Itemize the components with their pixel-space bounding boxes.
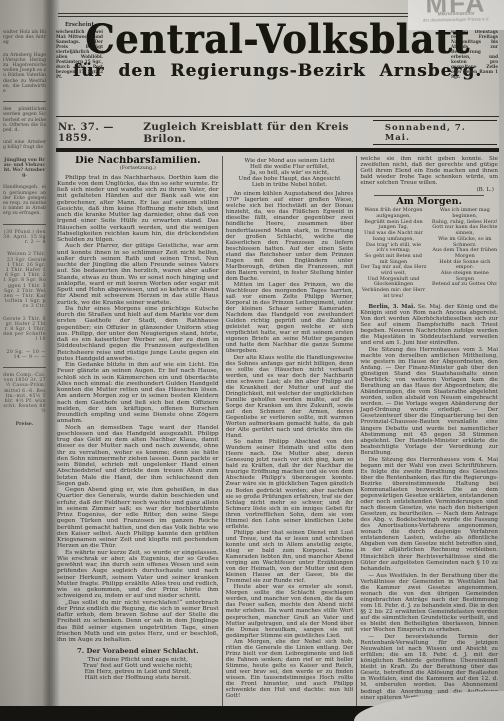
poem-line: Und was die Nacht mir bang umfangen,: [360, 231, 426, 242]
story-paragraph: Ein Gedanke blitzte in ihm auf wie ein L…: [57, 362, 219, 425]
poem-left-column: Wenn früh der Morgen aufgegangen, Begrüß…: [360, 208, 426, 299]
story-paragraph: „Das sollst du mir nicht verschlafen!“ u…: [57, 600, 219, 644]
story-paragraph: An einem kühlen Augustabend des Jahres 1…: [226, 191, 354, 282]
margin-fragment: und eine Arnsberg billig? fragt die: [3, 140, 46, 150]
adjacent-page-strip: walter Holz als Bürger den des Antrag zu…: [0, 0, 48, 721]
margin-price-table: dem Comp.-Cal. von 1850 3r. 27½ Cassa-Pr…: [3, 367, 46, 415]
story-paragraph: Philipp trat in das Nachbarhaus. Dorthin…: [57, 175, 219, 244]
poem-line: Betend auf zu Gottes Ohr.: [432, 282, 498, 288]
publication-date: Sonnabend, 7. Mai.: [373, 120, 497, 145]
column-3: welche sie ihm nicht geben konnte. Sie z…: [360, 156, 498, 716]
margin-price-table: 20 Sg. — 10 — 14 — 9 — —: [3, 350, 46, 360]
newspaper-page: MFA Mikrofilmarchiv der deutschsprachige…: [50, 0, 504, 721]
story-paragraph: Philipp aber that seinen Dienst mit Lust…: [226, 530, 354, 584]
news-text: — Aus Westfalen. In der Berathung über d…: [360, 573, 498, 633]
newspaper-subtitle: für den Regierungs-Bezirk Arnsberg.: [56, 62, 499, 81]
story-paragraph: Auch der Pfarrer, der gütige Geistliche,…: [57, 243, 219, 306]
story-paragraph: So nahm Philipp Abschied von den Wundern…: [226, 439, 354, 530]
news-item: — Aus Westfalen. In der Berathung über d…: [360, 573, 498, 633]
poem-right-column: Was ich immer mag beginnen, Ruhig, ruhig…: [432, 208, 498, 299]
chapter-verse: Thu' deine Pflicht und zage nicht, Trau'…: [57, 657, 219, 682]
story-paragraph: Es währte nur kurze Zeit, so wurde er ei…: [57, 550, 219, 600]
dateline: Nr. 37. — 1859. Zugleich Kreisblatt für …: [56, 116, 499, 147]
story-paragraph: Am Morgen, ehe der Nebel sich hob, ritte…: [226, 639, 354, 699]
column2-verse: Wie der Mond aus seinem Licht Hell die w…: [226, 158, 354, 188]
story-paragraph: Heute aber war es ernster als sonst. Mor…: [226, 584, 354, 638]
margin-fragment: den pünktlichen werden gegen Sicherheit …: [3, 101, 46, 133]
archive-stamp-line2: der deutschsprachigen Presse e.V.: [408, 16, 504, 23]
news-item: Die Sitzung des Herrenhauses vom 4. Mai …: [360, 457, 498, 572]
issue-number: Nr. 37. — 1859.: [58, 122, 143, 144]
news-section: Berlin, 3. Mai. Se. Maj. der König und d…: [360, 304, 498, 701]
archive-stamp: MFA Mikrofilmarchiv der deutschsprachige…: [408, 0, 504, 30]
newspaper-scan: walter Holz als Bürger den des Antrag zu…: [0, 0, 504, 721]
news-text: Se. Maj. der König und die Königin sind …: [360, 304, 498, 346]
margin-fragment: walter Holz als Bürger den des Antrag: [3, 30, 46, 46]
margin-price-table: Gerste 3 Thlr. Sgr. Hafer 2 Thlr. 8 Sgr.…: [3, 317, 46, 343]
margin-fragment: (30 Pfund.) den 30. April. 15 Sgr. 2 — 8: [3, 224, 46, 246]
author-signature: (B. L.): [360, 187, 494, 193]
poem: Wenn früh der Morgen aufgegangen, Begrüß…: [360, 208, 498, 299]
scanner-edge: [499, 30, 504, 693]
story-closing-paragraph: welche sie ihm nicht geben konnte. Sie z…: [360, 156, 498, 186]
masthead-rule: [56, 148, 499, 152]
poem-line: Verkünden mir: der Herr ist treu!: [360, 288, 426, 299]
news-item: Die Sitzung des Herrenhauses vom 3. Mai …: [360, 347, 498, 456]
column-divider: [356, 156, 357, 716]
news-text: Die Sitzung des Herrenhauses vom 4. Mai …: [360, 457, 498, 572]
margin-fragment: Preise.: [3, 422, 46, 427]
kreisblatt-line: Zugleich Kreisblatt für den Kreis Brilon…: [143, 121, 373, 145]
verse-line: Hält sich der Hoffnung stets bereit.: [57, 675, 219, 681]
column-2: Wie der Mond aus seinem Licht Hell die w…: [226, 156, 354, 716]
story-paragraph: Da fuhr eines Morgens eine prächtige Kut…: [57, 306, 219, 362]
margin-fragment: zu Arnsberg Hagel-Versiche Hering zu Hag…: [3, 53, 46, 95]
serial-story-continuation: (Fortsetzung.): [57, 165, 219, 171]
story-paragraph: Noch an demselben Tage ward der Handel g…: [57, 425, 219, 488]
margin-price-table: Weizen 2 Thlr. 23 Sgr. Gerste 1 Thlr. 26…: [3, 252, 46, 309]
column-divider: [222, 156, 223, 716]
verse-line: Lieb in trübe Nebel hüllet.: [226, 182, 354, 188]
serial-story-title: Die Nachbarsfamilien.: [57, 158, 219, 164]
news-text: Die Sitzung des Herrenhauses vom 3. Mai …: [360, 347, 498, 456]
margin-fragment: Handlungsgeh. ein geräumiges an der Ecke…: [3, 185, 46, 216]
chapter-heading: 7. Der Vorabend einer Schlacht.: [57, 648, 219, 654]
poem-line: Aus dem Thau der frühen Morgen: [432, 248, 498, 259]
column-1: Die Nachbarsfamilien. (Fortsetzung.) Phi…: [57, 156, 219, 716]
masthead: Erscheint wöchentlich zwei Mal: Mittwoch…: [56, 19, 499, 111]
story-paragraph: Gegen Abend ging er, wie ihm geheißen, i…: [57, 487, 219, 550]
poem-title: Am Morgen.: [360, 199, 498, 205]
article-columns: Die Nachbarsfamilien. (Fortsetzung.) Phi…: [56, 156, 499, 716]
news-item: Berlin, 3. Mai. Se. Maj. der König und d…: [360, 304, 498, 346]
margin-fragment: Jüngling von Brau- und Viehzucht. Wo? Ar…: [3, 158, 46, 179]
story-paragraph: Der alte Klaus wollte die Handlungsweise…: [226, 355, 354, 440]
story-paragraph: Mitten im Lager des Prinzen, wo die Wach…: [226, 282, 354, 355]
archive-logo: MFA: [408, 0, 504, 9]
page-fold-shadow: [42, 0, 60, 721]
